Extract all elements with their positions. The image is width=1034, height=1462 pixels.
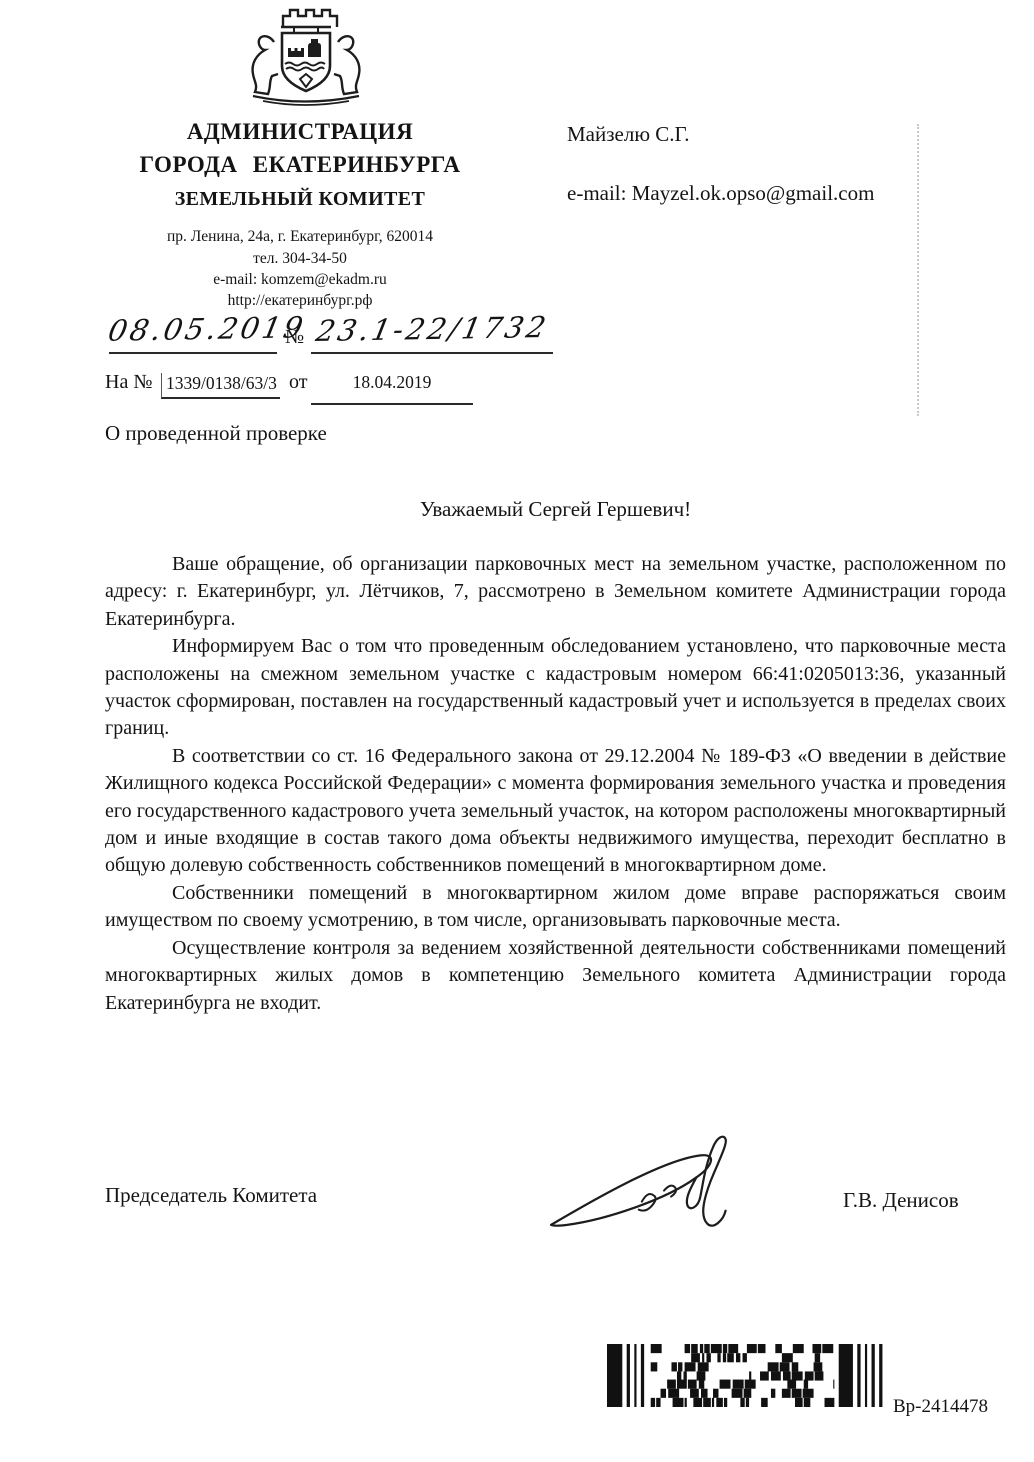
reply-prefix-label: На № (105, 371, 152, 394)
incoming-reference-row: На № 1339/0138/63/3 от 18.04.2019 (105, 366, 585, 406)
outgoing-date-handwritten: 08.05.2019 (105, 310, 308, 347)
reference-block: 08.05.2019 № 23.1-22/1732 На № 1339/0138… (105, 312, 585, 406)
body-paragraph: Ваше обращение, об организации парковочн… (105, 551, 1006, 633)
barcode (607, 1344, 889, 1407)
letterhead-address: пр. Ленина, 24а, г. Екатеринбург, 620014 (72, 226, 528, 247)
salutation: Уважаемый Сергей Гершевич! (105, 497, 1006, 522)
outgoing-reference-row: 08.05.2019 № 23.1-22/1732 (105, 312, 585, 358)
subject-line: О проведенной проверке (105, 421, 327, 446)
department-name: ЗЕМЕЛЬНЫЙ КОМИТЕТ (72, 188, 528, 211)
signature-autograph (545, 1126, 777, 1244)
signatory-title: Председатель Комитета (105, 1183, 317, 1208)
letterhead-phone: тел. 304-34-50 (72, 248, 528, 269)
recipient-block: Майзелю С.Г. e-mail: Mayzel.ok.opso@gmai… (567, 122, 874, 206)
barcode-pattern (607, 1344, 889, 1407)
org-name-line1: АДМИНИСТРАЦИЯ (72, 116, 528, 149)
outgoing-number-handwritten: 23.1-22/1732 (313, 310, 551, 348)
yekaterinburg-coat-of-arms-icon (238, 6, 372, 110)
letterhead-email: e-mail: komzem@ekadm.ru (72, 269, 528, 290)
number-sign: № (285, 326, 304, 349)
letter-body: Ваше обращение, об организации парковочн… (105, 551, 1006, 1017)
outgoing-number-field: 23.1-22/1732 (311, 312, 553, 354)
recipient-name: Майзелю С.Г. (567, 122, 874, 147)
body-paragraph: Информируем Вас о том что проведенным об… (105, 633, 1006, 743)
letterhead-org-block: АДМИНИСТРАЦИЯ ГОРОДА ЕКАТЕРИНБУРГА ЗЕМЕЛ… (72, 116, 528, 312)
org-name-line2: ГОРОДА ЕКАТЕРИНБУРГА (72, 149, 528, 182)
signatory-name: Г.В. Денисов (843, 1188, 959, 1213)
from-label: от (289, 371, 307, 394)
barcode-label: Вр-2414478 (893, 1396, 988, 1418)
letterhead-contacts: пр. Ленина, 24а, г. Екатеринбург, 620014… (72, 226, 528, 312)
incoming-date-value: 18.04.2019 (311, 366, 473, 405)
recipient-email: e-mail: Mayzel.ok.opso@gmail.com (567, 181, 874, 206)
scanned-letter-page: АДМИНИСТРАЦИЯ ГОРОДА ЕКАТЕРИНБУРГА ЗЕМЕЛ… (0, 0, 1034, 1462)
outgoing-date-field: 08.05.2019 (109, 312, 277, 354)
body-paragraph: В соответствии со ст. 16 Федерального за… (105, 743, 1006, 880)
body-paragraph: Собственники помещений в многоквартирном… (105, 880, 1006, 935)
letterhead-website: http://екатеринбург.рф (72, 290, 528, 311)
body-paragraph: Осуществление контроля за ведением хозяй… (105, 935, 1006, 1017)
scan-artifact-dotted-line (917, 124, 919, 416)
incoming-number-value: 1339/0138/63/3 (161, 373, 280, 399)
